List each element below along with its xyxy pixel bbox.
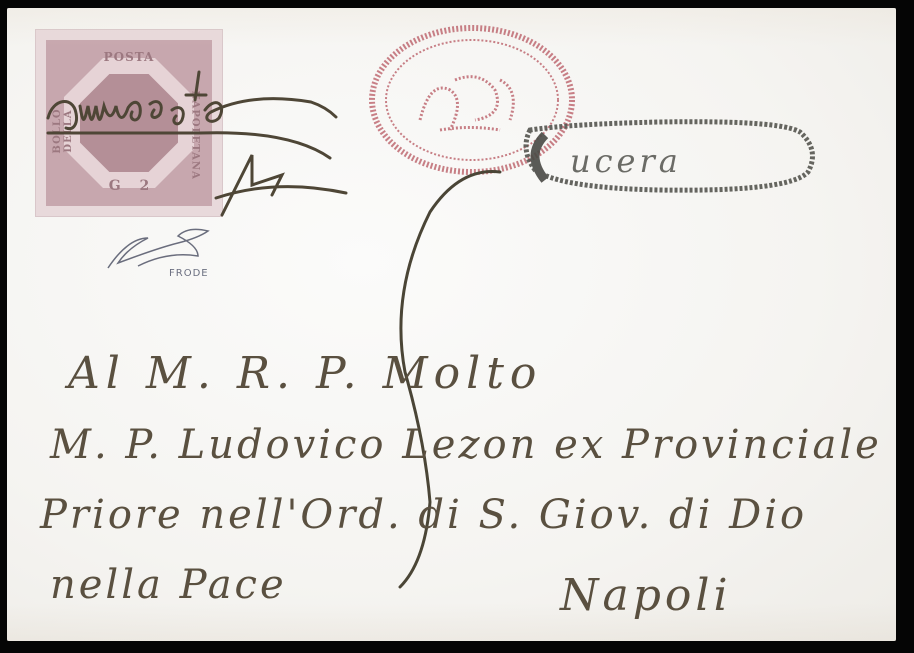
address-line-1: Al M. R. P. Molto — [7, 8, 8, 9]
postal-cover: POSTA BOLLO DELLA NAPOLETANA G 2 FRODE a… — [7, 8, 896, 641]
stamp-right-text: NAPOLETANA — [190, 91, 201, 161]
address-line-2: M. P. Ludovico Lezon ex Provinciale — [7, 8, 8, 9]
stamp-left-text: BOLLO DELLA — [52, 96, 74, 166]
address-line-3: Priore nell'Ord. di S. Giov. di Dio — [7, 8, 8, 9]
address-line-5: Napoli — [7, 8, 8, 9]
pencil-note-frode: FRODE — [169, 268, 209, 279]
address-line-4: nella Pace — [7, 8, 8, 9]
stamp-value: G 2 — [36, 178, 222, 194]
stamp-top-text: POSTA — [36, 50, 222, 64]
manuscript-cancel-text: annullato — [7, 8, 8, 9]
postage-stamp: POSTA BOLLO DELLA NAPOLETANA G 2 — [35, 29, 223, 217]
black-handstamp-text: LUCERA — [7, 8, 8, 9]
